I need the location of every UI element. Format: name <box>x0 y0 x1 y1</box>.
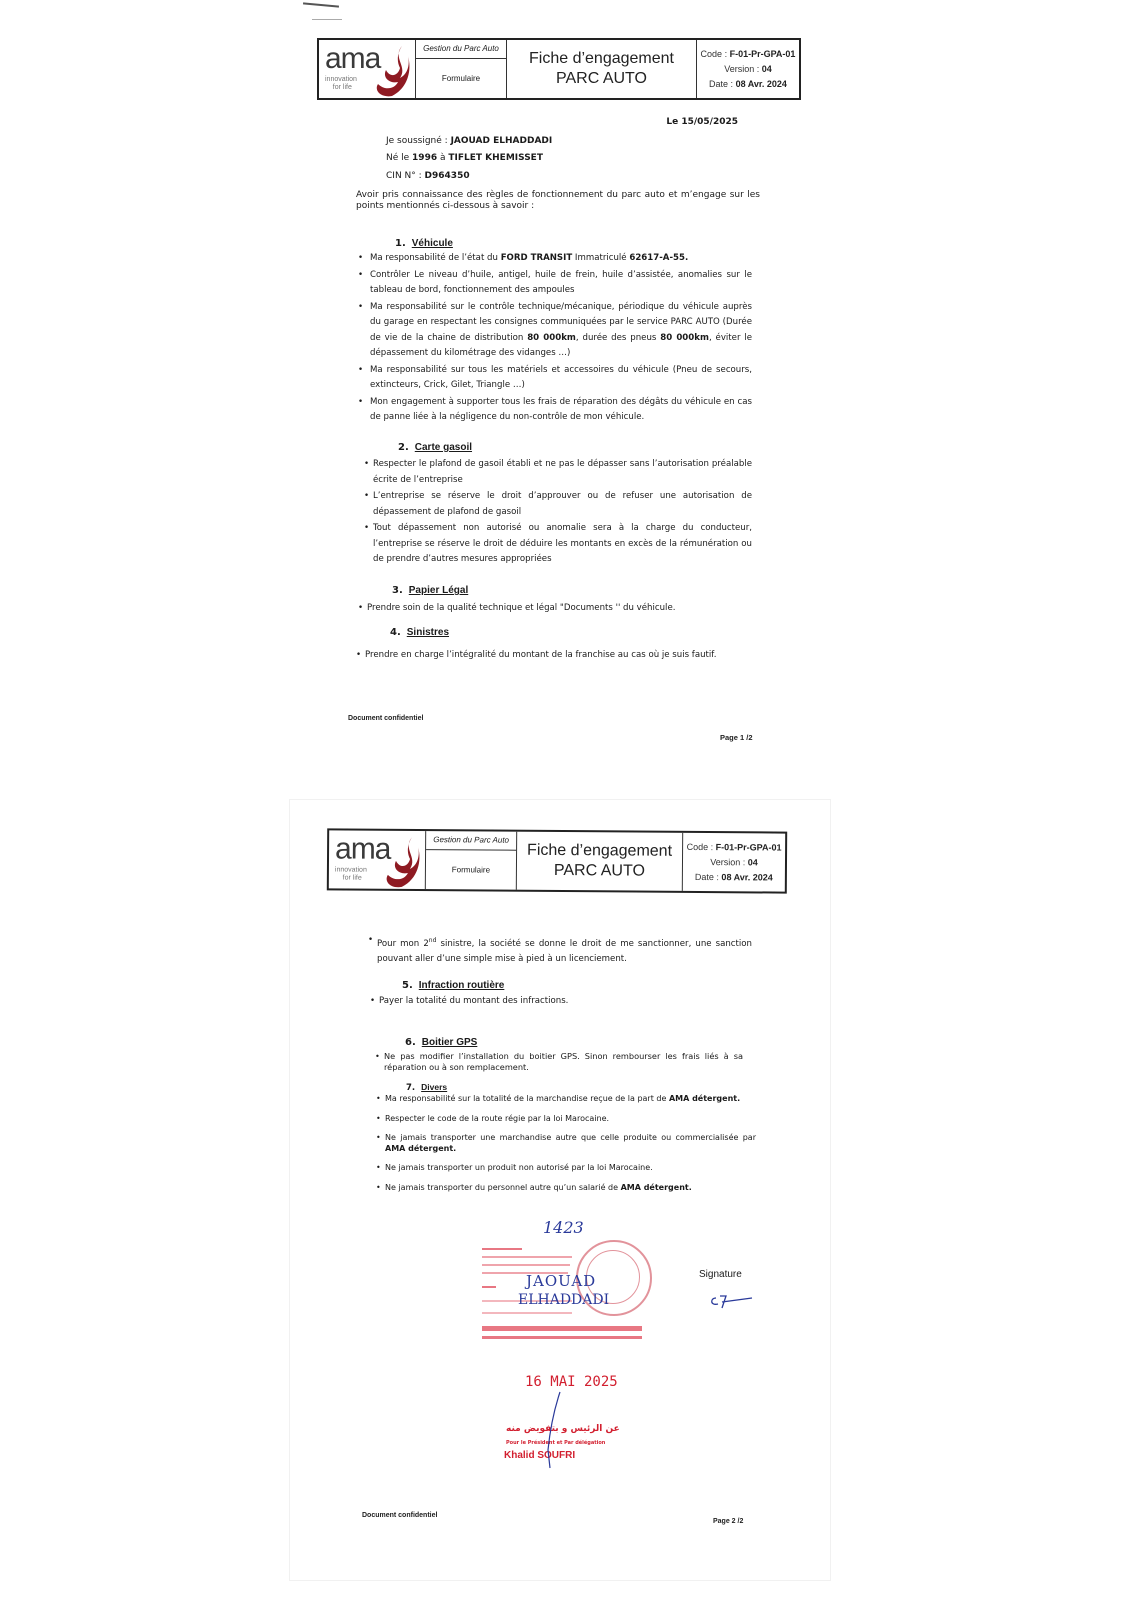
logo-tagline: innovation for life <box>335 866 367 882</box>
title-line-1: Fiche d’engagement <box>527 841 672 862</box>
section-title-sinistres: 4.Sinistres <box>390 627 449 638</box>
section-list-papier-legal: Prendre soin de la qualité technique et … <box>358 601 758 618</box>
doc-type-label: Formulaire <box>416 59 506 98</box>
section-list-divers: Ma responsabilité sur la totalité de la … <box>376 1094 756 1202</box>
section-title-vehicule: 1.Véhicule <box>395 238 453 249</box>
logo-tagline: innovation for life <box>325 76 357 92</box>
section-list-vehicule: Ma responsabilité de l’état du FORD TRAN… <box>356 251 752 427</box>
list-item: Ma responsabilité sur le contrôle techni… <box>356 300 752 362</box>
list-item: Ma responsabilité sur tous les matériels… <box>356 363 752 394</box>
list-item: L’entreprise se réserve le droit d’appro… <box>364 489 752 520</box>
document-header: ama innovation for life Gestion du Parc … <box>317 38 801 100</box>
code-row: Code : F-01-Pr-GPA-01 <box>687 839 782 855</box>
list-item: Ne jamais transporter une marchandise au… <box>376 1133 756 1154</box>
list-item: Prendre soin de la qualité technique et … <box>358 601 758 617</box>
title-line-2: PARC AUTO <box>554 861 645 882</box>
list-item: Ne jamais transporter du personnel autre… <box>376 1183 756 1194</box>
version-row: Version : 04 <box>710 855 758 870</box>
section-title-boitier-gps: 6.Boitier GPS <box>405 1037 477 1048</box>
list-item: Mon engagement à supporter tous les frai… <box>356 395 752 426</box>
document-title: Fiche d’engagement PARC AUTO <box>517 832 683 891</box>
title-line-1: Fiche d’engagement <box>529 49 674 69</box>
section-title-divers: 7.Divers <box>406 1082 447 1093</box>
section-list-carte-gasoil: Respecter le plafond de gasoil établi et… <box>364 457 752 569</box>
flame-icon <box>372 44 412 98</box>
section-list-sinistres: Prendre en charge l’intégralité du monta… <box>356 648 776 665</box>
confidential-footer: Document confidentiel <box>362 1512 437 1519</box>
birth-line: Né le 1996 à TIFLET KHEMISSET <box>386 153 543 163</box>
signing-date: Le 15/05/2025 <box>666 117 738 127</box>
section-title-papier-legal: 3.Papier Légal <box>392 585 468 596</box>
department-label: Gestion du Parc Auto <box>426 831 516 851</box>
handwritten-name-first: JAOUAD <box>526 1272 596 1290</box>
list-item: Tout dépassement non autorisé ou anomali… <box>364 521 752 568</box>
list-item: Respecter le plafond de gasoil établi et… <box>364 457 752 488</box>
company-logo: ama innovation for life <box>319 40 416 98</box>
list-item: Ne pas modifier l’installation du boitie… <box>375 1051 743 1073</box>
document-header: ama innovation for life Gestion du Parc … <box>327 828 787 893</box>
stamp-date: 16 MAI 2025 <box>525 1374 618 1390</box>
intro-paragraph: Avoir pris connaissance des règles de fo… <box>356 190 760 212</box>
list-item: Ma responsabilité de l’état du FORD TRAN… <box>356 251 752 267</box>
list-item: Ne jamais transporter un produit non aut… <box>376 1163 756 1174</box>
list-item: Payer la totalité du montant des infract… <box>370 994 750 1010</box>
page-number: Page 2 /2 <box>713 1518 743 1525</box>
confidential-footer: Document confidentiel <box>348 715 423 722</box>
date-row: Date : 08 Avr. 2024 <box>709 77 787 92</box>
stamp-name: Khalid SOUFRI <box>504 1450 575 1461</box>
department-label: Gestion du Parc Auto <box>416 40 506 59</box>
document-title: Fiche d’engagement PARC AUTO <box>507 40 697 98</box>
list-item: Ma responsabilité sur la totalité de la … <box>376 1094 756 1105</box>
company-stamp: JAOUAD ELHADDADI 16 MAI 2025 عن الرئيس و… <box>482 1240 662 1520</box>
version-row: Version : 04 <box>724 62 772 77</box>
cin-line: CIN N° : D964350 <box>386 171 470 181</box>
signature-label: Signature <box>699 1269 742 1280</box>
scan-artifact <box>303 2 339 7</box>
signature-scribble-icon <box>706 1290 756 1310</box>
title-line-2: PARC AUTO <box>556 69 647 89</box>
handwritten-name-last: ELHADDADI <box>518 1292 609 1308</box>
handwritten-number: 1423 <box>543 1218 584 1237</box>
doc-type-label: Formulaire <box>426 850 516 890</box>
section-list-boitier-gps: Ne pas modifier l’installation du boitie… <box>375 1051 743 1074</box>
company-logo: ama innovation for life <box>329 830 426 889</box>
list-item: Respecter le code de la route régie par … <box>376 1114 756 1125</box>
document-page-2: ama innovation for life Gestion du Parc … <box>290 800 830 1580</box>
document-meta: Code : F-01-Pr-GPA-01 Version : 04 Date … <box>683 833 785 892</box>
list-item: Contrôler Le niveau d’huile, antigel, hu… <box>356 268 752 299</box>
code-row: Code : F-01-Pr-GPA-01 <box>701 47 796 62</box>
signer-name-line: Je soussigné : JAOUAD ELHADDADI <box>386 136 552 146</box>
document-meta: Code : F-01-Pr-GPA-01 Version : 04 Date … <box>697 40 799 98</box>
section-list-sinistres-cont: Pour mon 2nd sinistre, la société se don… <box>368 933 752 969</box>
header-mid-cells: Gestion du Parc Auto Formulaire <box>426 831 517 890</box>
list-item: Prendre en charge l’intégralité du monta… <box>356 648 776 664</box>
section-title-carte-gasoil: 2.Carte gasoil <box>398 442 472 453</box>
section-title-infraction: 5.Infraction routière <box>402 980 504 991</box>
section-list-infraction: Payer la totalité du montant des infract… <box>370 994 750 1011</box>
page-number: Page 1 /2 <box>720 733 753 742</box>
signature-stroke-icon <box>544 1390 564 1470</box>
flame-icon <box>382 835 422 889</box>
document-page-1: ama innovation for life Gestion du Parc … <box>290 20 830 780</box>
list-item: Pour mon 2nd sinistre, la société se don… <box>368 933 752 968</box>
date-row: Date : 08 Avr. 2024 <box>695 869 773 885</box>
header-mid-cells: Gestion du Parc Auto Formulaire <box>416 40 507 98</box>
